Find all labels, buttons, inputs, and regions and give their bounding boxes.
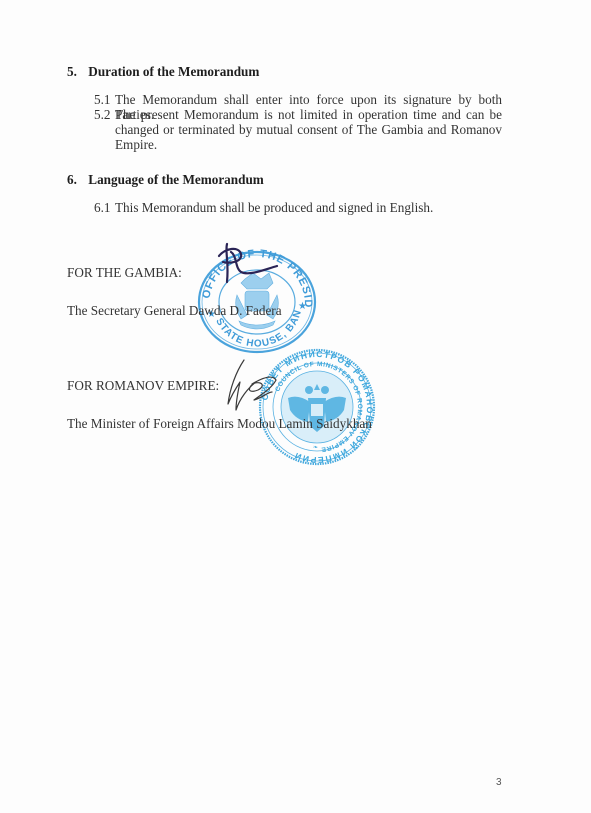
- section-heading-5: 5. Duration of the Memorandum: [67, 64, 259, 80]
- romanov-party-label: FOR ROMANOV EMPIRE:: [67, 378, 219, 394]
- clause-number: 6.1: [94, 200, 110, 215]
- page-number: 3: [496, 777, 502, 788]
- section-title: Duration of the Memorandum: [88, 64, 259, 79]
- clause-text: The present Memorandum is not limited in…: [115, 107, 502, 152]
- romanov-signature-icon: [222, 358, 278, 414]
- gambia-signature-icon: [215, 242, 285, 288]
- clause-number: 5.1: [94, 92, 110, 107]
- romanov-signatory: The Minister of Foreign Affairs Modou La…: [67, 416, 372, 432]
- clause-text: This Memorandum shall be produced and si…: [115, 200, 502, 215]
- section-heading-6: 6. Language of the Memorandum: [67, 172, 264, 188]
- clause-number: 5.2: [94, 107, 110, 122]
- section-number: 6.: [67, 172, 85, 188]
- section-title: Language of the Memorandum: [88, 172, 263, 187]
- svg-text:❧: ❧: [313, 445, 318, 451]
- clause-6-1: 6.1 This Memorandum shall be produced an…: [94, 200, 502, 215]
- document-page: 5. Duration of the Memorandum 5.1 The Me…: [0, 0, 591, 813]
- gambia-signatory: The Secretary General Dawda D. Fadera: [67, 303, 282, 319]
- section-number: 5.: [67, 64, 85, 80]
- svg-text:★: ★: [298, 301, 307, 312]
- clause-5-2: 5.2 The present Memorandum is not limite…: [94, 107, 502, 152]
- gambia-party-label: FOR THE GAMBIA:: [67, 265, 182, 281]
